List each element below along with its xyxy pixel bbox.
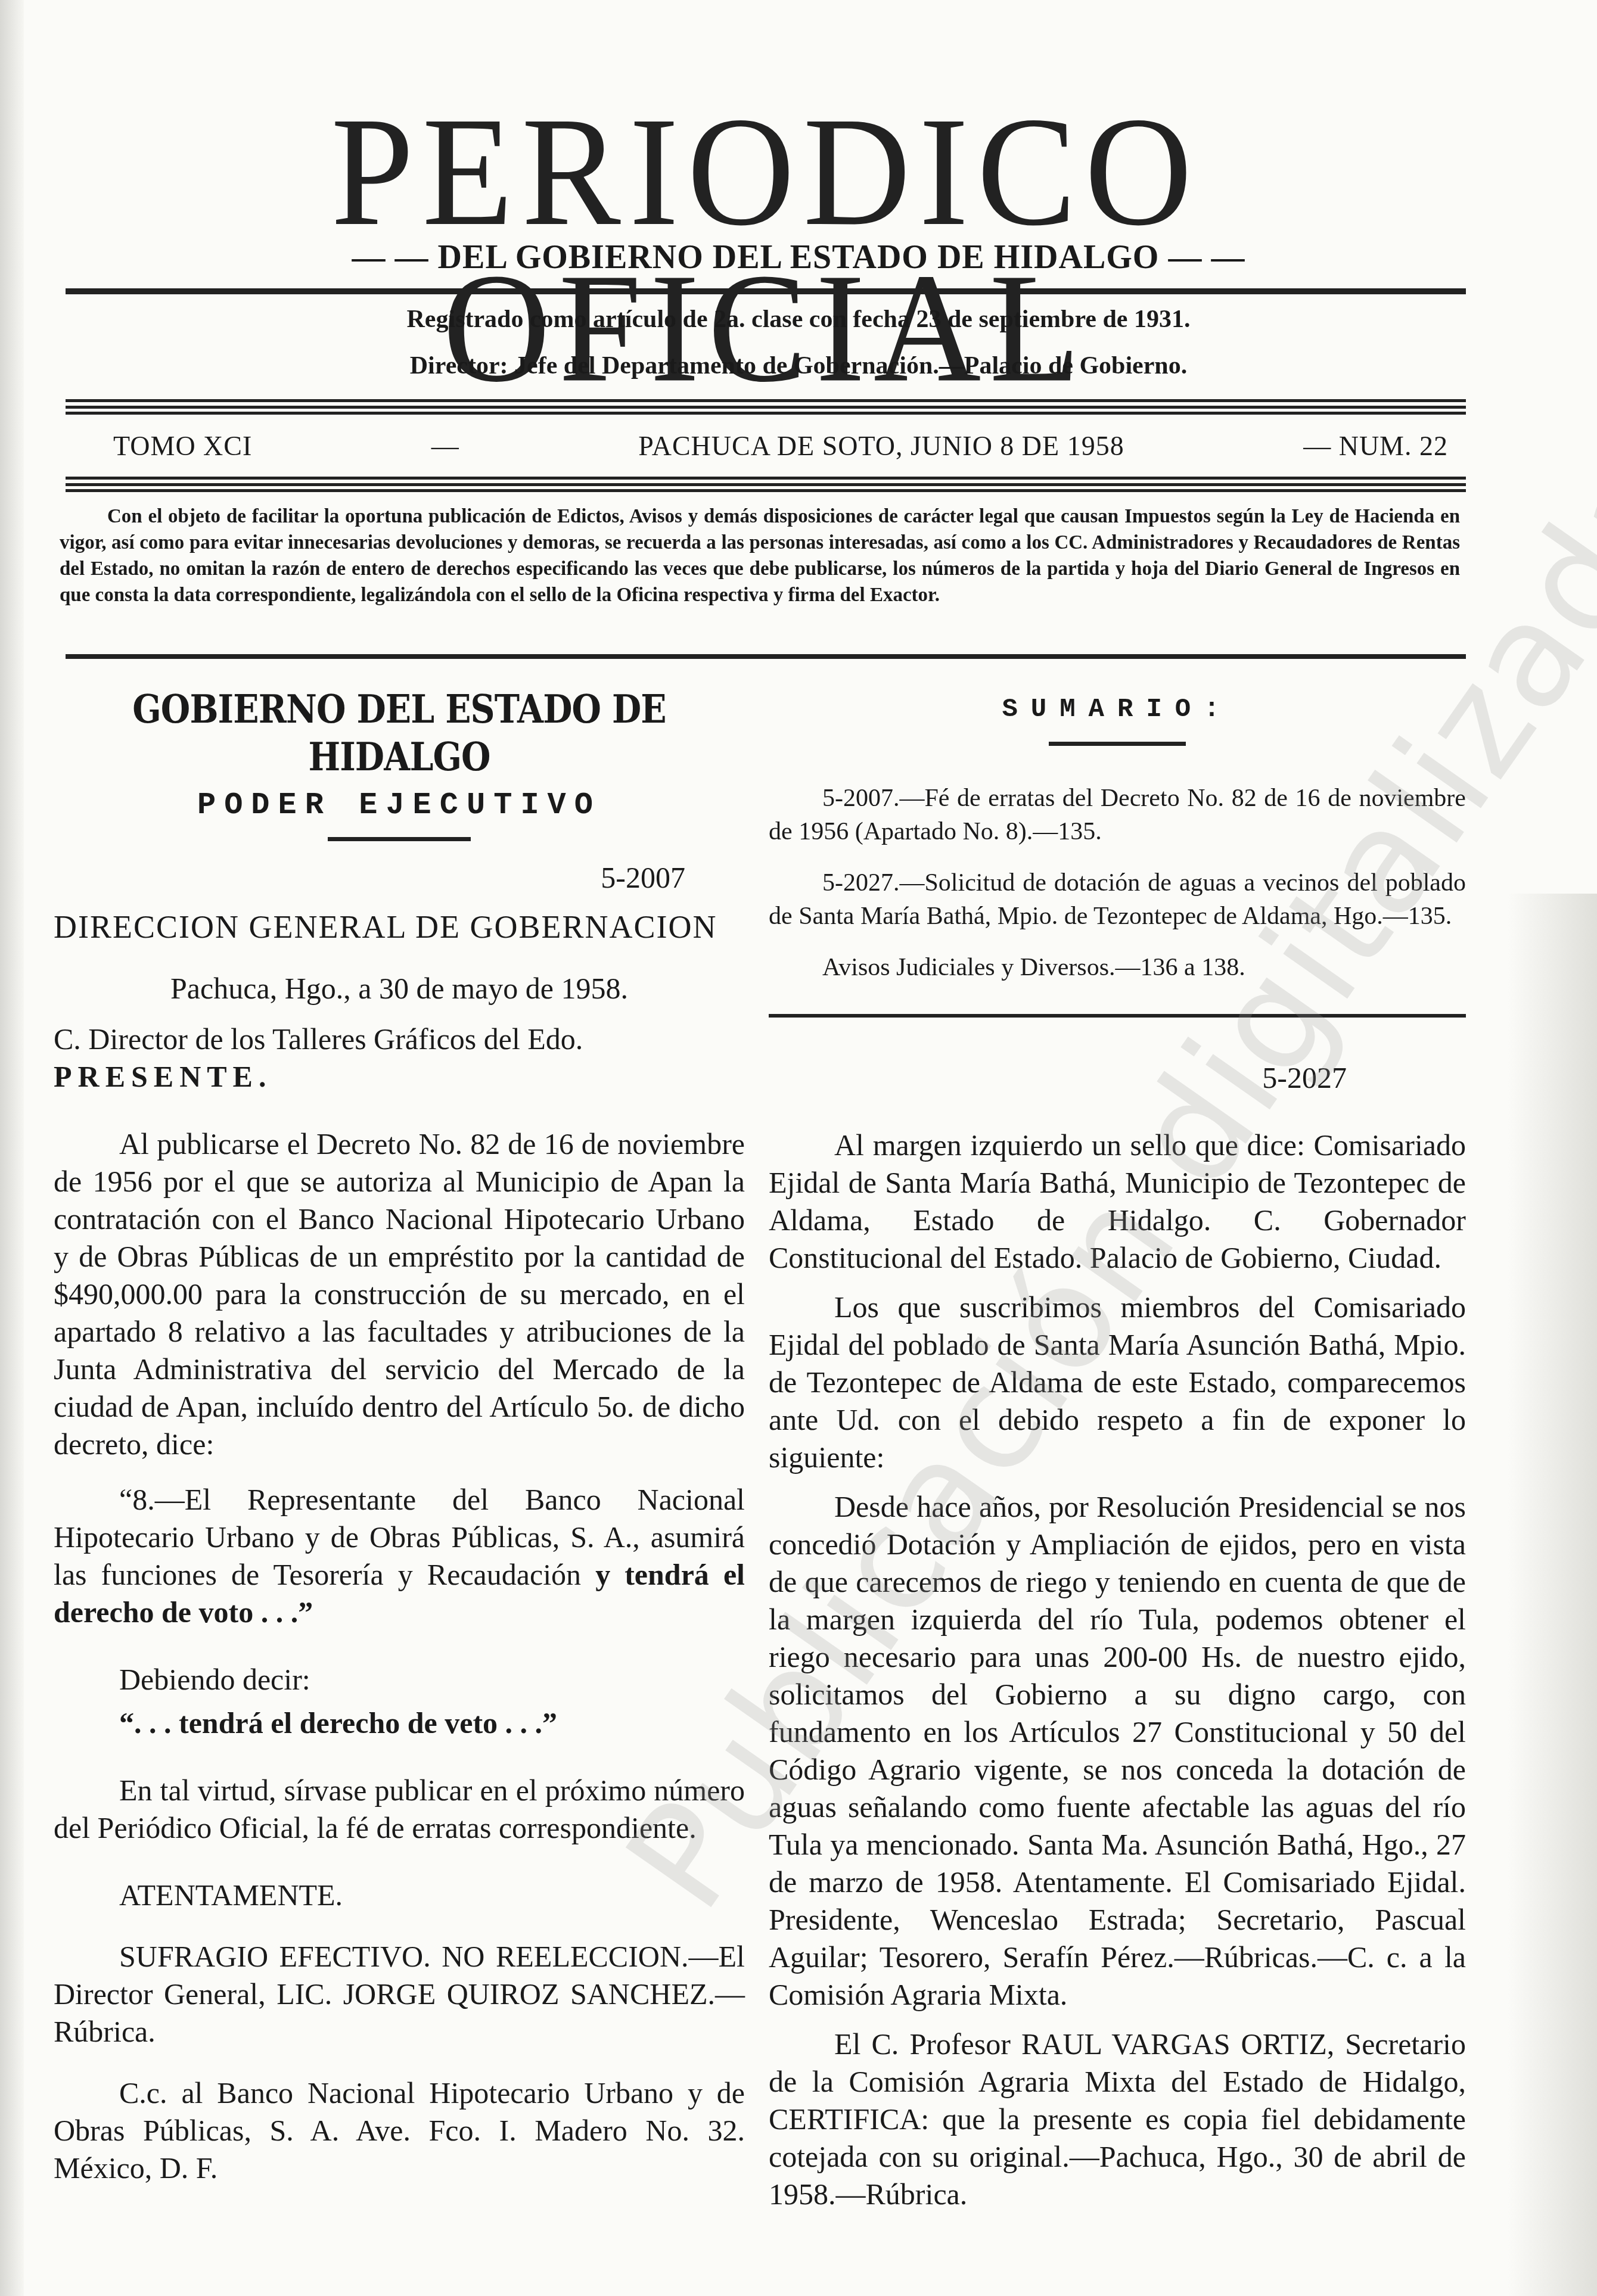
issue-info: TOMO XCI — PACHUCA DE SOTO, JUNIO 8 DE 1…: [113, 430, 1448, 462]
corrected-text: “. . . tendrá el derecho de veto . . .”: [54, 1704, 745, 1742]
document-number: 5-2027: [769, 1059, 1466, 1097]
scan-edge-right: [1508, 894, 1597, 2296]
director-line: Director: Jefe del Departamento de Gober…: [0, 351, 1597, 380]
carbon-copy-note: C.c. al Banco Nacional Hipotecario Urban…: [54, 2074, 745, 2187]
petition-paragraph-3: Desde hace años, por Resolución Presiden…: [769, 1488, 1466, 2014]
masthead-subtitle: — — DEL GOBIERNO DEL ESTADO DE HIDALGO —…: [0, 238, 1597, 276]
notice-rule: [66, 654, 1466, 659]
correction-intro: Debiendo decir:: [54, 1661, 745, 1698]
letter-addressee: C. Director de los Talleres Gráficos del…: [54, 1021, 745, 1058]
issue-place-date: PACHUCA DE SOTO, JUNIO 8 DE 1958: [638, 430, 1124, 462]
masthead-rule: [66, 288, 1466, 294]
executive-power-heading: PODER EJECUTIVO: [54, 786, 745, 824]
letter-paragraph-1: Al publicarse el Decreto No. 82 de 16 de…: [54, 1125, 745, 1463]
summary-item: 5-2027.—Solicitud de dotación de aguas a…: [769, 866, 1466, 933]
publication-notice: Con el objeto de facilitar la oportuna p…: [60, 503, 1460, 608]
summary-end-rule: [769, 1014, 1466, 1018]
petition-paragraph-1: Al margen izquierdo un sello que dice: C…: [769, 1127, 1466, 1277]
letter-paragraph-2: En tal virtud, sírvase publicar en el pr…: [54, 1772, 745, 1847]
certification-paragraph: El C. Profesor RAUL VARGAS ORTIZ, Secret…: [769, 2026, 1466, 2213]
issue-top-rule: [66, 399, 1466, 415]
left-column: GOBIERNO DEL ESTADO DE HIDALGO PODER EJE…: [54, 679, 745, 2187]
document-number: 5-2007: [54, 859, 745, 897]
closing-salutation: ATENTAMENTE.: [54, 1877, 745, 1914]
newspaper-page: PERIODICO OFICIAL — — DEL GOBIERNO DEL E…: [0, 0, 1597, 2296]
signature-block: SUFRAGIO EFECTIVO. NO REELECCION.—El Dir…: [54, 1938, 745, 2051]
petition-paragraph-2: Los que suscribimos miembros del Comisar…: [769, 1289, 1466, 1476]
summary-heading: SUMARIO:: [769, 691, 1466, 729]
summary-item: Avisos Judiciales y Diversos.—136 a 138.: [769, 951, 1466, 984]
summary-item: 5-2007.—Fé de erratas del Decreto No. 82…: [769, 782, 1466, 848]
issue-bottom-rule: [66, 477, 1466, 492]
issue-number: — NUM. 22: [1303, 430, 1448, 462]
government-heading: GOBIERNO DEL ESTADO DE HIDALGO: [102, 685, 697, 780]
letter-place-date: Pachuca, Hgo., a 30 de mayo de 1958.: [54, 970, 745, 1007]
scan-edge-left: [0, 0, 24, 2296]
heading-rule: [328, 837, 471, 841]
separator-dash: —: [431, 430, 459, 462]
registration-line: Registrado como artículo de 2a. clase co…: [0, 305, 1597, 334]
summary-rule: [1049, 742, 1186, 746]
department-heading: DIRECCION GENERAL DE GOBERNACION: [54, 909, 745, 946]
right-column: SUMARIO: 5-2007.—Fé de erratas del Decre…: [769, 679, 1466, 2213]
quoted-original-text: “8.—El Representante del Banco Nacional …: [54, 1481, 745, 1631]
letter-salutation: PRESENTE.: [54, 1058, 745, 1096]
volume-number: TOMO XCI: [113, 430, 252, 462]
